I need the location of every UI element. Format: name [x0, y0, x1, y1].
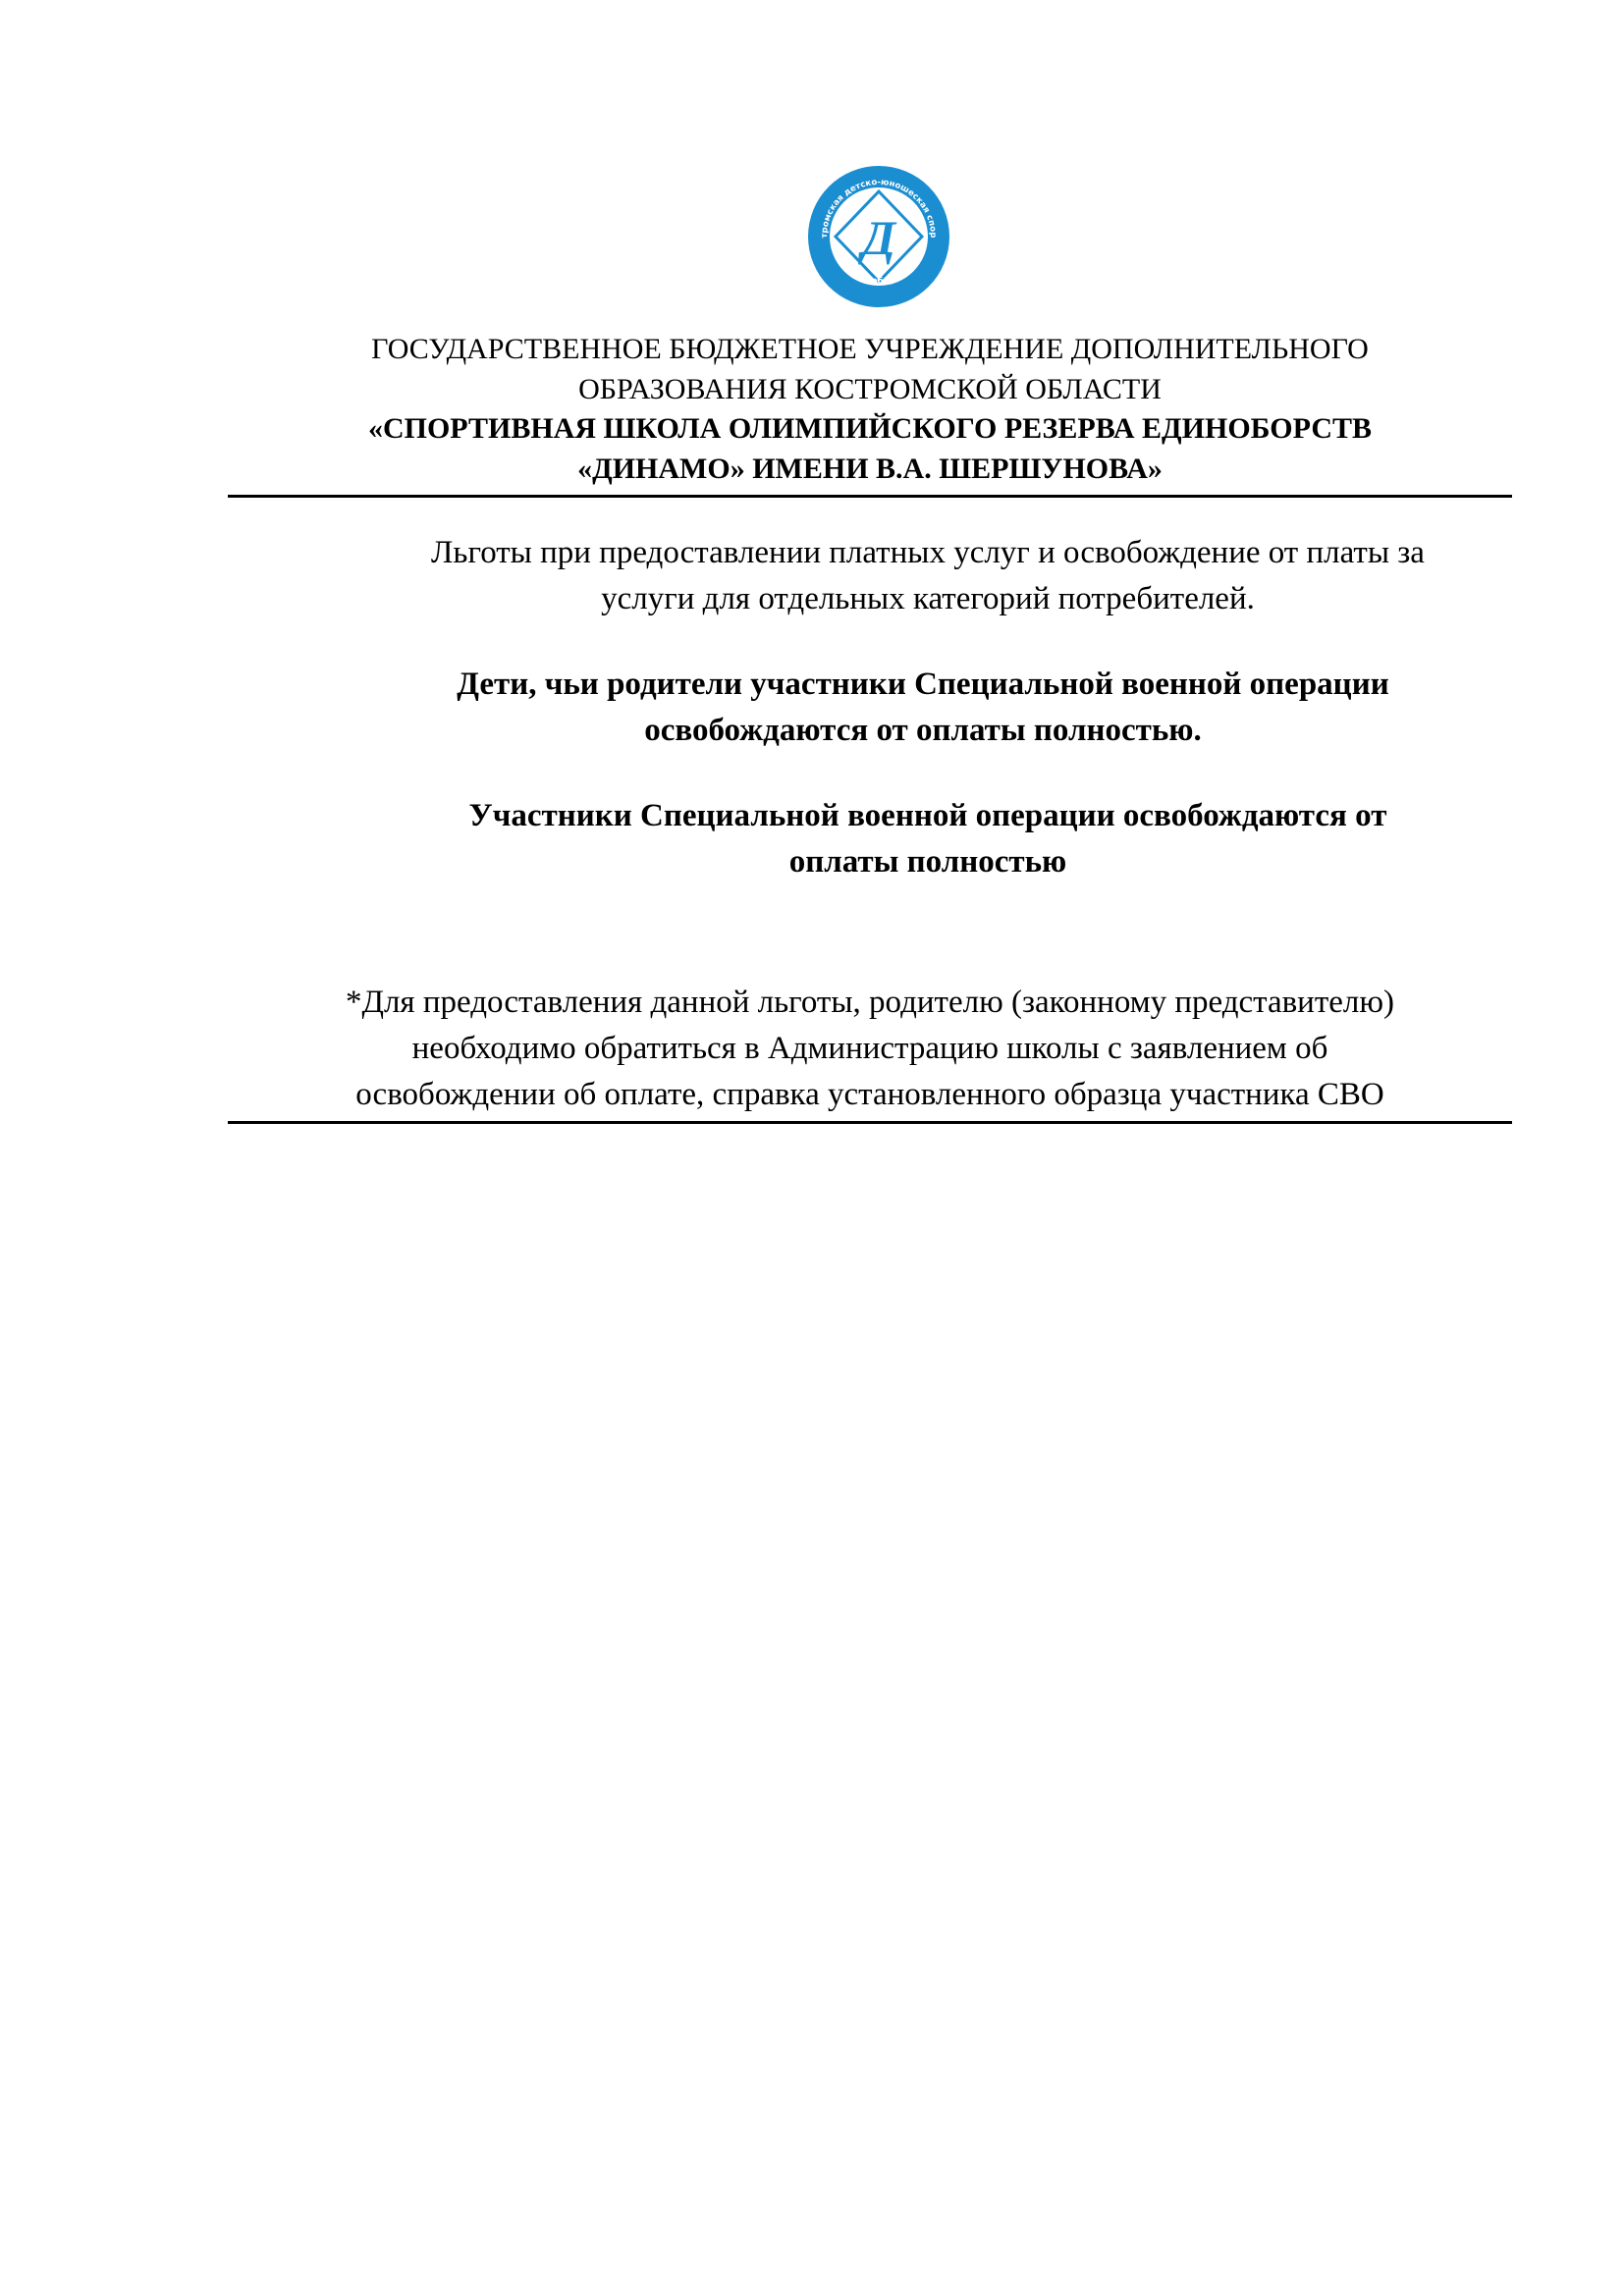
header-line: ОБРАЗОВАНИЯ КОСТРОМСКОЙ ОБЛАСТИ — [228, 370, 1512, 410]
document-page: Д ОГБУДОД Костромская детско-юношеская с… — [0, 0, 1624, 2296]
benefit-line: оплаты полностью — [373, 839, 1483, 885]
benefit-line: Участники Специальной военной операции о… — [373, 793, 1483, 839]
organization-header: ГОСУДАРСТВЕННОЕ БЮДЖЕТНОЕ УЧРЕЖДЕНИЕ ДОП… — [228, 330, 1512, 489]
footer-divider — [228, 1121, 1512, 1124]
header-line: ГОСУДАРСТВЕННОЕ БЮДЖЕТНОЕ УЧРЕЖДЕНИЕ ДОП… — [228, 330, 1512, 370]
note-line: необходимо обратиться в Администрацию шк… — [228, 1026, 1512, 1072]
intro-line: услуги для отдельных категорий потребите… — [324, 576, 1532, 622]
benefit-line: Дети, чьи родители участники Специальной… — [353, 662, 1492, 708]
benefits-intro: Льготы при предоставлении платных услуг … — [324, 530, 1532, 622]
benefit-children-svo: Дети, чьи родители участники Специальной… — [353, 662, 1492, 754]
note-line: освобождении об оплате, справка установл… — [228, 1072, 1512, 1118]
header-divider — [228, 495, 1512, 498]
intro-line: Льготы при предоставлении платных услуг … — [324, 530, 1532, 576]
benefit-line: освобождаются от оплаты полностью. — [353, 708, 1492, 754]
dinamo-logo-icon: Д ОГБУДОД Костромская детско-юношеская с… — [807, 164, 950, 309]
benefit-svo-participants: Участники Специальной военной операции о… — [373, 793, 1483, 885]
school-name-line: «ДИНАМО» ИМЕНИ В.А. ШЕРШУНОВА» — [228, 450, 1512, 490]
note-line: *Для предоставления данной льготы, родит… — [228, 980, 1512, 1026]
application-note: *Для предоставления данной льготы, родит… — [228, 980, 1512, 1118]
school-name-line: «СПОРТИВНАЯ ШКОЛА ОЛИМПИЙСКОГО РЕЗЕРВА Е… — [228, 409, 1512, 450]
svg-text:Д: Д — [858, 210, 897, 265]
